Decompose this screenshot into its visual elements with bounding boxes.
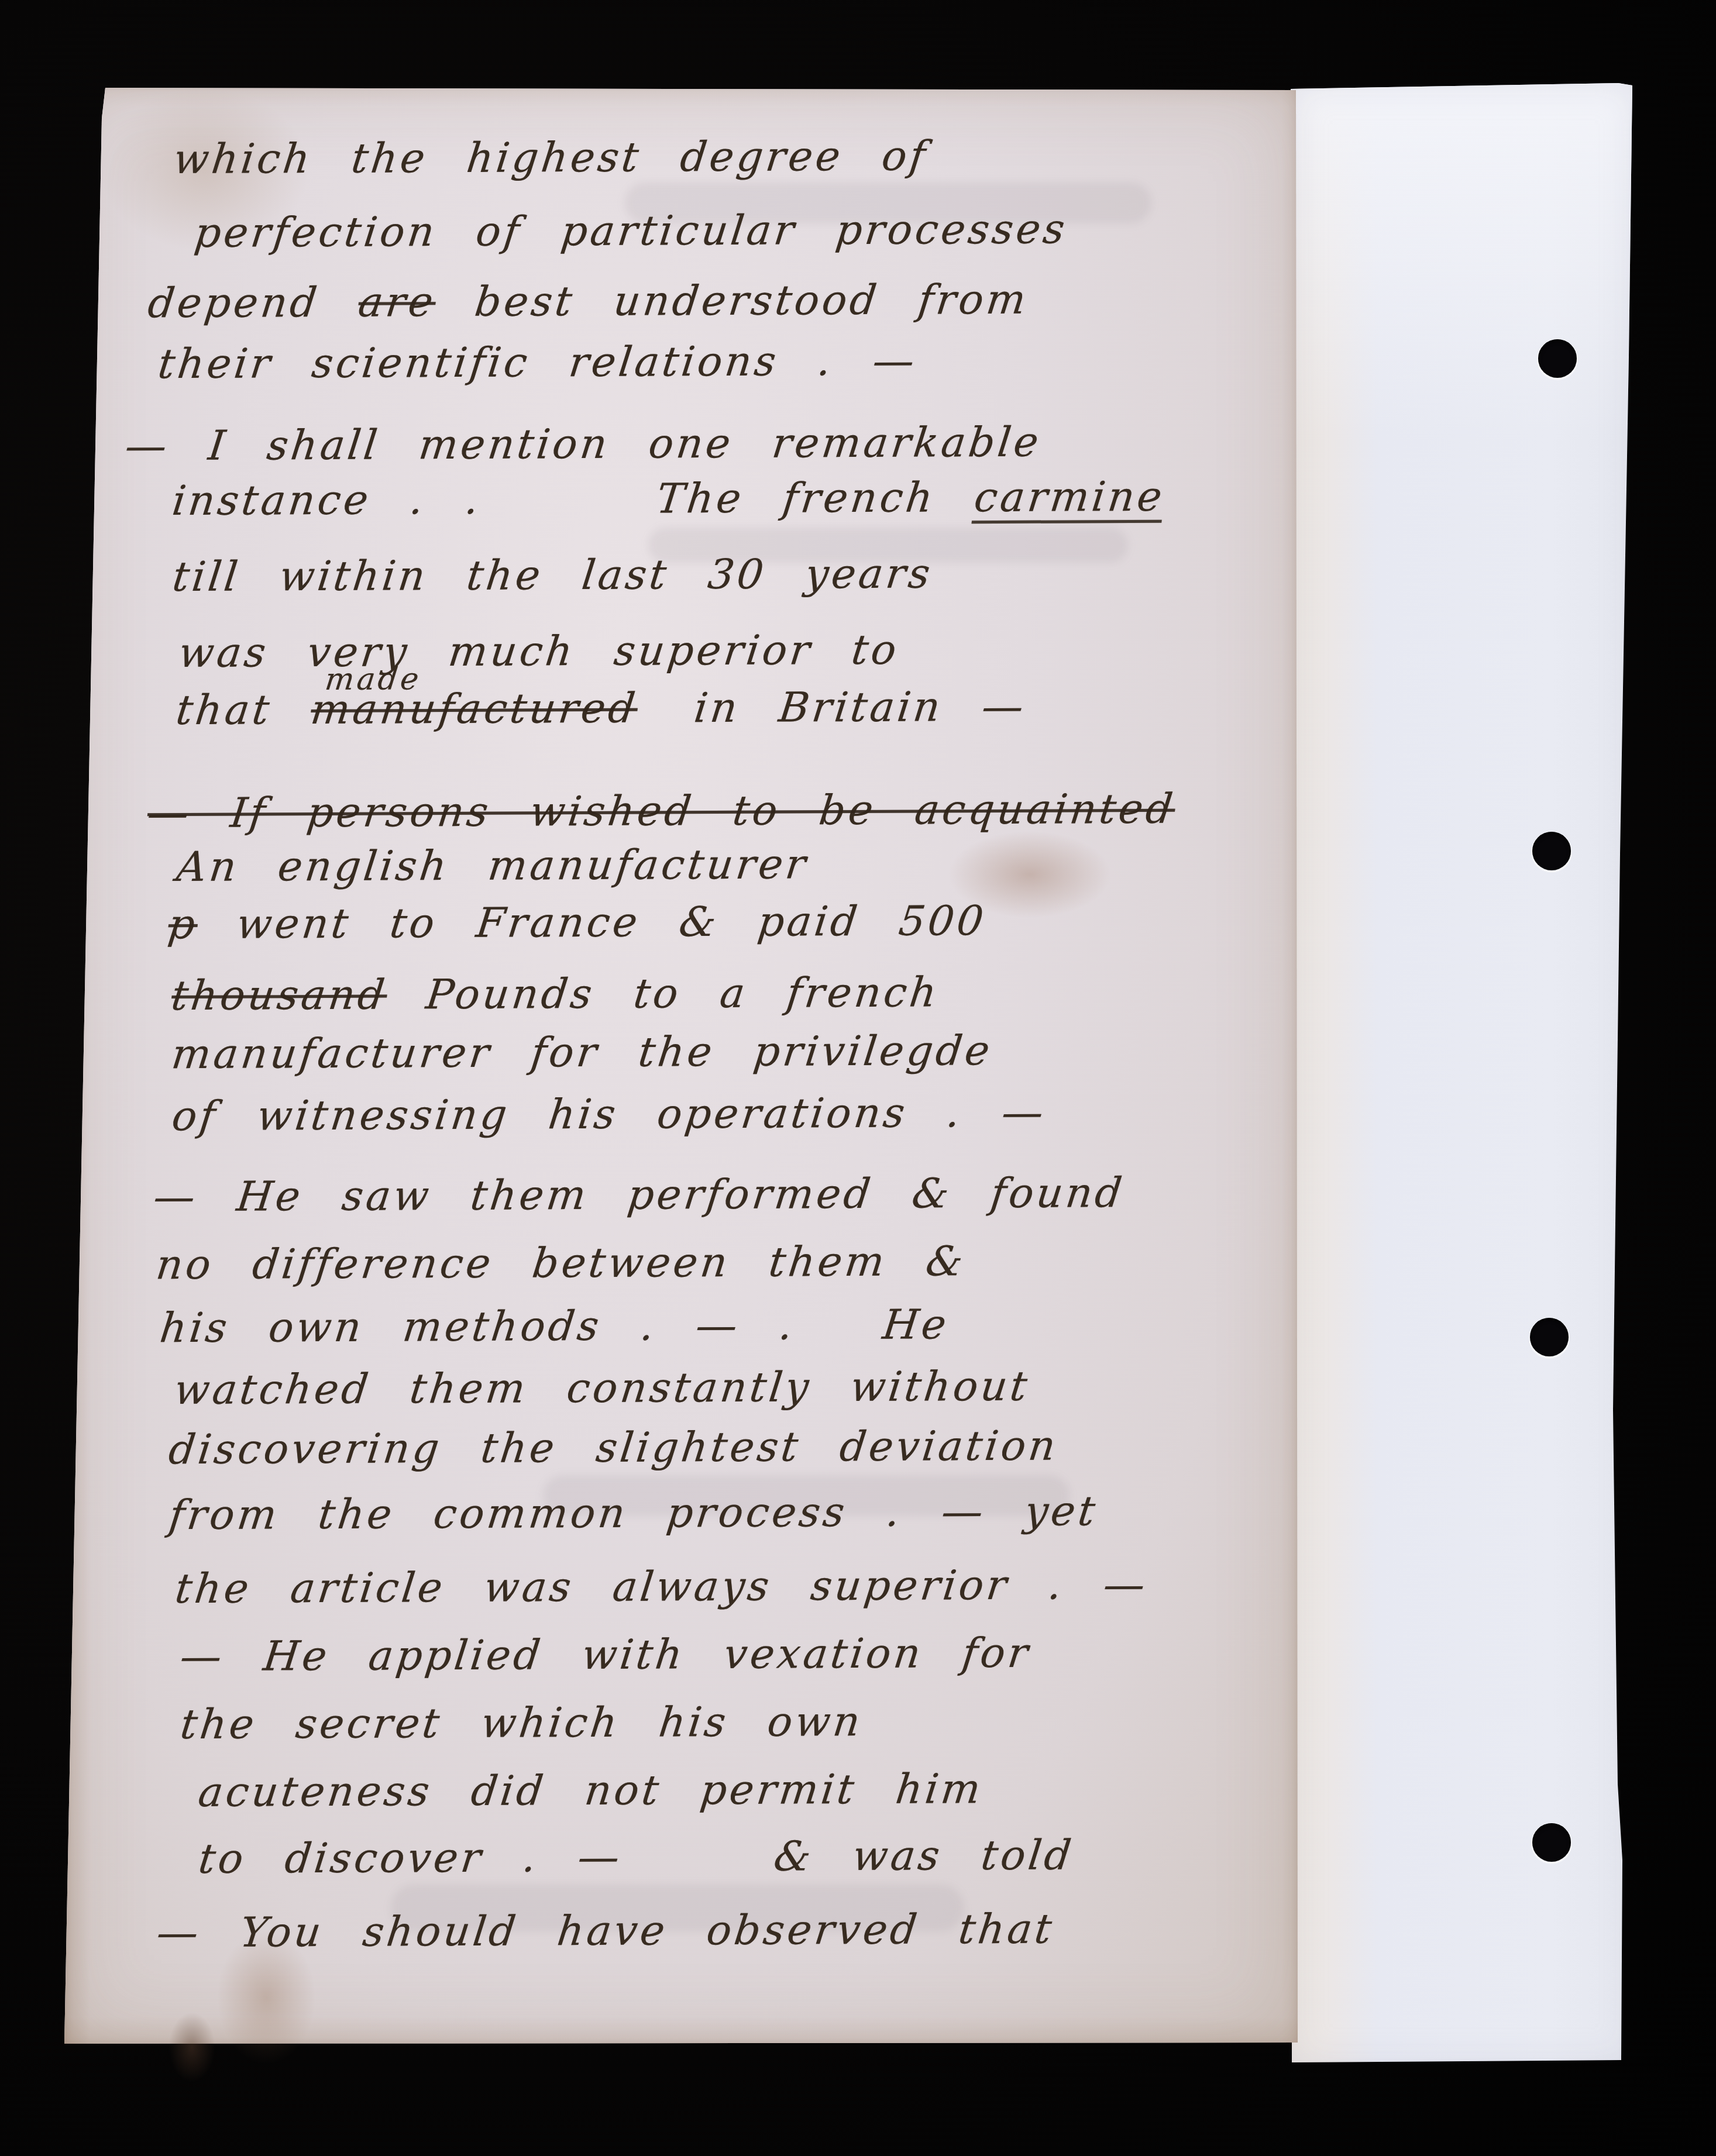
manuscript-line: acuteness did not permit him [196,1768,985,1813]
photograph-canvas: which the highest degree ofperfection of… [0,0,1716,2156]
handwritten-text: no difference between them & [154,1237,969,1289]
handwritten-text: instance . . [170,476,484,525]
handwritten-text: — He applied with vexation for [178,1629,1034,1680]
handwritten-text: the article was always superior . — [173,1561,1150,1613]
handwritten-text: He [880,1300,951,1349]
handwritten-text: went to France & paid 500 [195,897,989,948]
manuscript-line: of witnessing his operations . — [170,1092,1048,1137]
handwriting-layer: which the highest degree ofperfection of… [0,0,1716,2156]
struck-text: — If persons wished to be acquainted [145,785,1178,838]
handwritten-text: from the common process . — yet [167,1487,1101,1539]
handwritten-text: depend [146,278,362,328]
handwritten-text: the secret which his own [178,1697,865,1748]
handwritten-text: to discover . — [196,1833,625,1883]
manuscript-line: — He saw them performed & found [152,1172,1127,1217]
handwritten-text: The french [654,473,978,522]
manuscript-line: manufacturer for the privilegde [170,1030,995,1074]
manuscript-line: to discover . —& was told [197,1834,1076,1879]
manuscript-line: watched them constantly without [172,1366,1032,1410]
handwritten-text: in Britain — [652,683,1029,732]
handwritten-text: that [174,686,314,734]
handwritten-text: of witnessing his operations . — [170,1089,1049,1141]
manuscript-line: their scientific relations . — [156,340,920,385]
manuscript-line: which the highest degree of [171,135,930,180]
handwritten-text: An english manufacturer [174,840,811,891]
manuscript-line: the article was always superior . — [173,1564,1150,1609]
manuscript-line: — You should have observed that [155,1909,1057,1954]
manuscript-line: depend are best understood from [146,279,1030,324]
struck-text: thousand [169,970,390,1020]
handwritten-text: watched them constantly without [172,1362,1033,1414]
underlined-text: carmine [972,473,1167,521]
manuscript-line: — He applied with vexation for [178,1633,1033,1677]
handwritten-text: — You should have observed that [154,1905,1057,1957]
manuscript-line: thousand Pounds to a french [170,972,942,1016]
handwritten-text: acuteness did not permit him [196,1765,986,1816]
manuscript-line: p went to France & paid 500 [166,900,989,945]
handwritten-text: — He saw them performed & found [151,1169,1127,1221]
manuscript-line: his own methods . — .He [158,1304,951,1348]
manuscript-line: was very much superior to [177,629,902,673]
manuscript-line: An english manufacturer [175,843,811,887]
handwritten-text: was very much superior to [176,626,902,677]
handwritten-text: & was told [771,1831,1077,1880]
handwritten-text: his own methods . — . [157,1301,798,1352]
handwritten-text: discovering the slightest deviation [166,1421,1061,1473]
manuscript-line: discovering the slightest deviation [167,1425,1061,1470]
handwritten-text: till within the last 30 years [170,549,936,601]
handwritten-text: best understood from [433,275,1031,326]
manuscript-line: — If persons wished to be acquainted [145,788,1178,834]
handwritten-text: perfection of particular processes [192,205,1070,257]
manuscript-line: no difference between them & [154,1241,968,1285]
manuscript-line: instance . .The french carmine [170,476,1167,521]
manuscript-line: from the common process . — yet [167,1490,1100,1535]
handwritten-text: Pounds to a french [384,968,942,1018]
handwritten-text: which the highest degree of [171,132,931,183]
manuscript-line: till within the last 30 years [170,553,935,597]
manuscript-line: the secret which his own [178,1701,865,1745]
manuscript-line: perfection of particular processes [192,208,1070,253]
handwritten-text: — I shall mention one remarkable [123,418,1044,470]
handwritten-text: manufacturer for the privilegde [169,1027,995,1078]
manuscript-line: — I shall mention one remarkable [123,422,1043,467]
struck-text: are [356,278,438,326]
handwritten-text: their scientific relations . — [156,337,920,388]
manuscript-line: that mademanufactured in Britain — [174,686,1029,731]
